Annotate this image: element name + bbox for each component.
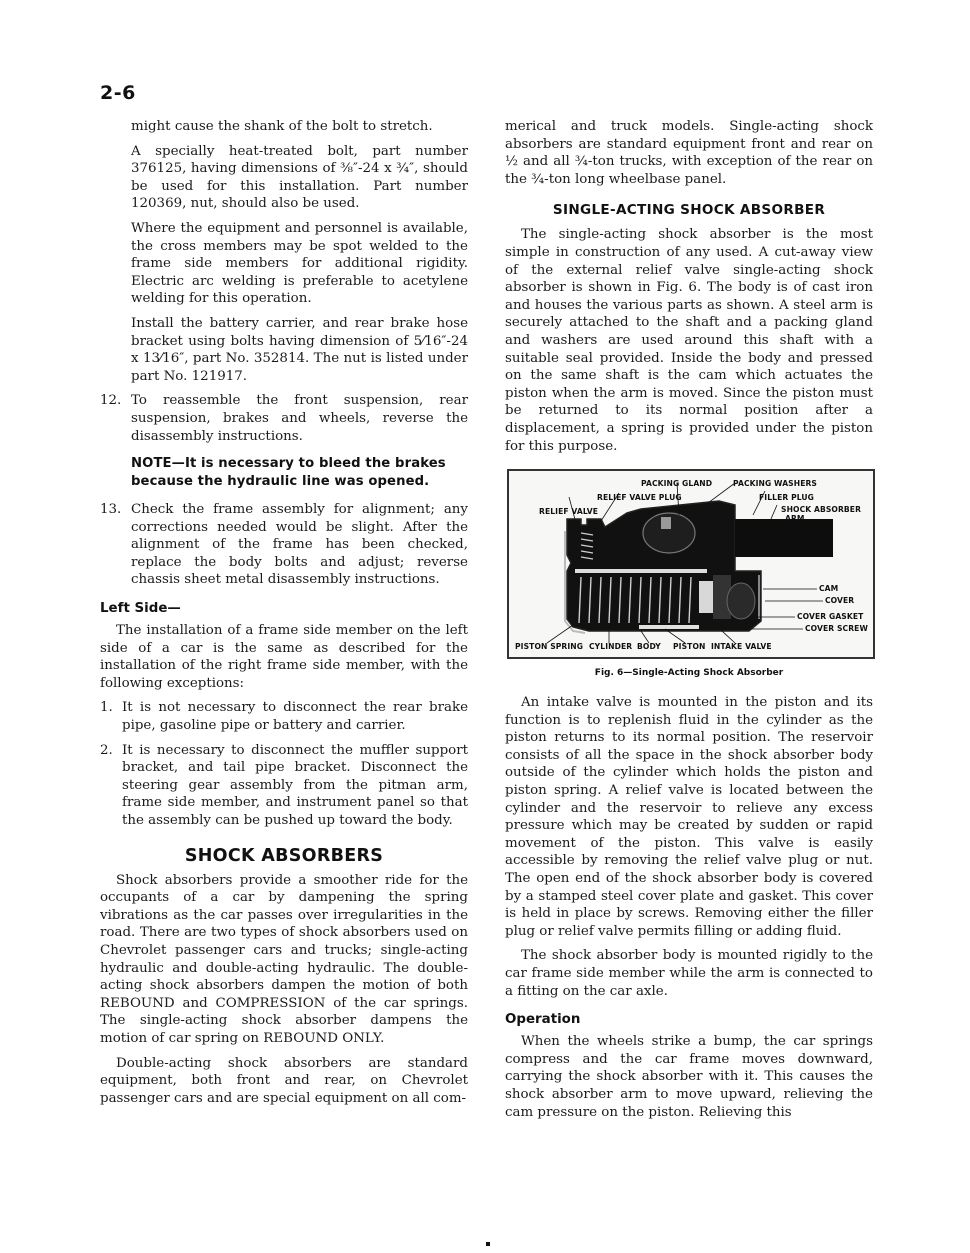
paragraph: Where the equipment and personnel is ava…: [131, 220, 468, 308]
label-shock-absorber-arm: SHOCK ABSORBER: [781, 505, 861, 514]
step-number: 12.: [100, 392, 131, 445]
step-text: To reassemble the front suspension, rear…: [131, 392, 468, 445]
label-arm: ARM: [785, 514, 805, 523]
exception-item: 1. It is not necessary to disconnect the…: [100, 699, 468, 734]
item-number: 2.: [100, 742, 122, 830]
paragraph: The installation of a frame side member …: [100, 622, 468, 692]
paragraph: The shock absorber body is mounted rigid…: [505, 947, 873, 1000]
left-side-heading: Left Side—: [100, 601, 468, 616]
page-mark: [486, 1242, 490, 1246]
step-number: 13.: [100, 501, 131, 589]
paragraph: Double-acting shock absorbers are standa…: [100, 1055, 468, 1108]
item-text: It is not necessary to disconnect the re…: [122, 699, 468, 734]
paragraph: When the wheels strike a bump, the car s…: [505, 1033, 873, 1121]
label-relief-valve-plug: RELIEF VALVE PLUG: [597, 493, 682, 502]
figure-caption: Fig. 6—Single-Acting Shock Absorber: [505, 668, 873, 678]
section-title-shock-absorbers: SHOCK ABSORBERS: [100, 846, 468, 866]
step-12: 12. To reassemble the front suspension, …: [100, 392, 468, 445]
label-filler-plug: FILLER PLUG: [759, 493, 814, 502]
label-cam: CAM: [819, 584, 838, 593]
label-relief-valve: RELIEF VALVE: [539, 507, 598, 516]
label-packing-washers: PACKING WASHERS: [733, 479, 817, 488]
step-13: 13. Check the frame assembly for alignme…: [100, 501, 468, 589]
exception-item: 2. It is necessary to disconnect the muf…: [100, 742, 468, 830]
page-number: 2-6: [100, 82, 136, 104]
label-packing-gland: PACKING GLAND: [641, 479, 712, 488]
item-number: 1.: [100, 699, 122, 734]
label-cover-screw: COVER SCREW: [805, 624, 868, 633]
paragraph: Shock absorbers provide a smoother ride …: [100, 872, 468, 1048]
left-column: might cause the shank of the bolt to str…: [100, 118, 468, 1114]
label-intake-valve: INTAKE VALVE: [711, 642, 772, 651]
label-cover-gasket: COVER GASKET: [797, 612, 863, 621]
figure-shock-absorber-cutaway: PACKING GLAND PACKING WASHERS RELIEF VAL…: [507, 469, 875, 659]
step-text: Check the frame assembly for alignment; …: [131, 501, 468, 589]
paragraph: A specially heat-treated bolt, part numb…: [131, 143, 468, 213]
section-title-single-acting: SINGLE-ACTING SHOCK ABSORBER: [505, 202, 873, 218]
label-body: BODY: [637, 642, 661, 651]
label-cylinder: CYLINDER: [589, 642, 632, 651]
paragraph: Install the battery carrier, and rear br…: [131, 315, 468, 385]
right-column: merical and truck models. Single-acting …: [505, 118, 873, 1128]
label-cover: COVER: [825, 596, 854, 605]
paragraph: merical and truck models. Single-acting …: [505, 118, 873, 188]
paragraph: The single-acting shock absorber is the …: [505, 226, 873, 455]
label-piston-spring: PISTON SPRING: [515, 642, 583, 651]
paragraph: An intake valve is mounted in the piston…: [505, 694, 873, 940]
paragraph: might cause the shank of the bolt to str…: [131, 118, 468, 136]
label-piston: PISTON: [673, 642, 705, 651]
operation-heading: Operation: [505, 1012, 873, 1027]
item-text: It is necessary to disconnect the muffle…: [122, 742, 468, 830]
note-callout: NOTE—It is necessary to bleed the brakes…: [131, 455, 468, 491]
